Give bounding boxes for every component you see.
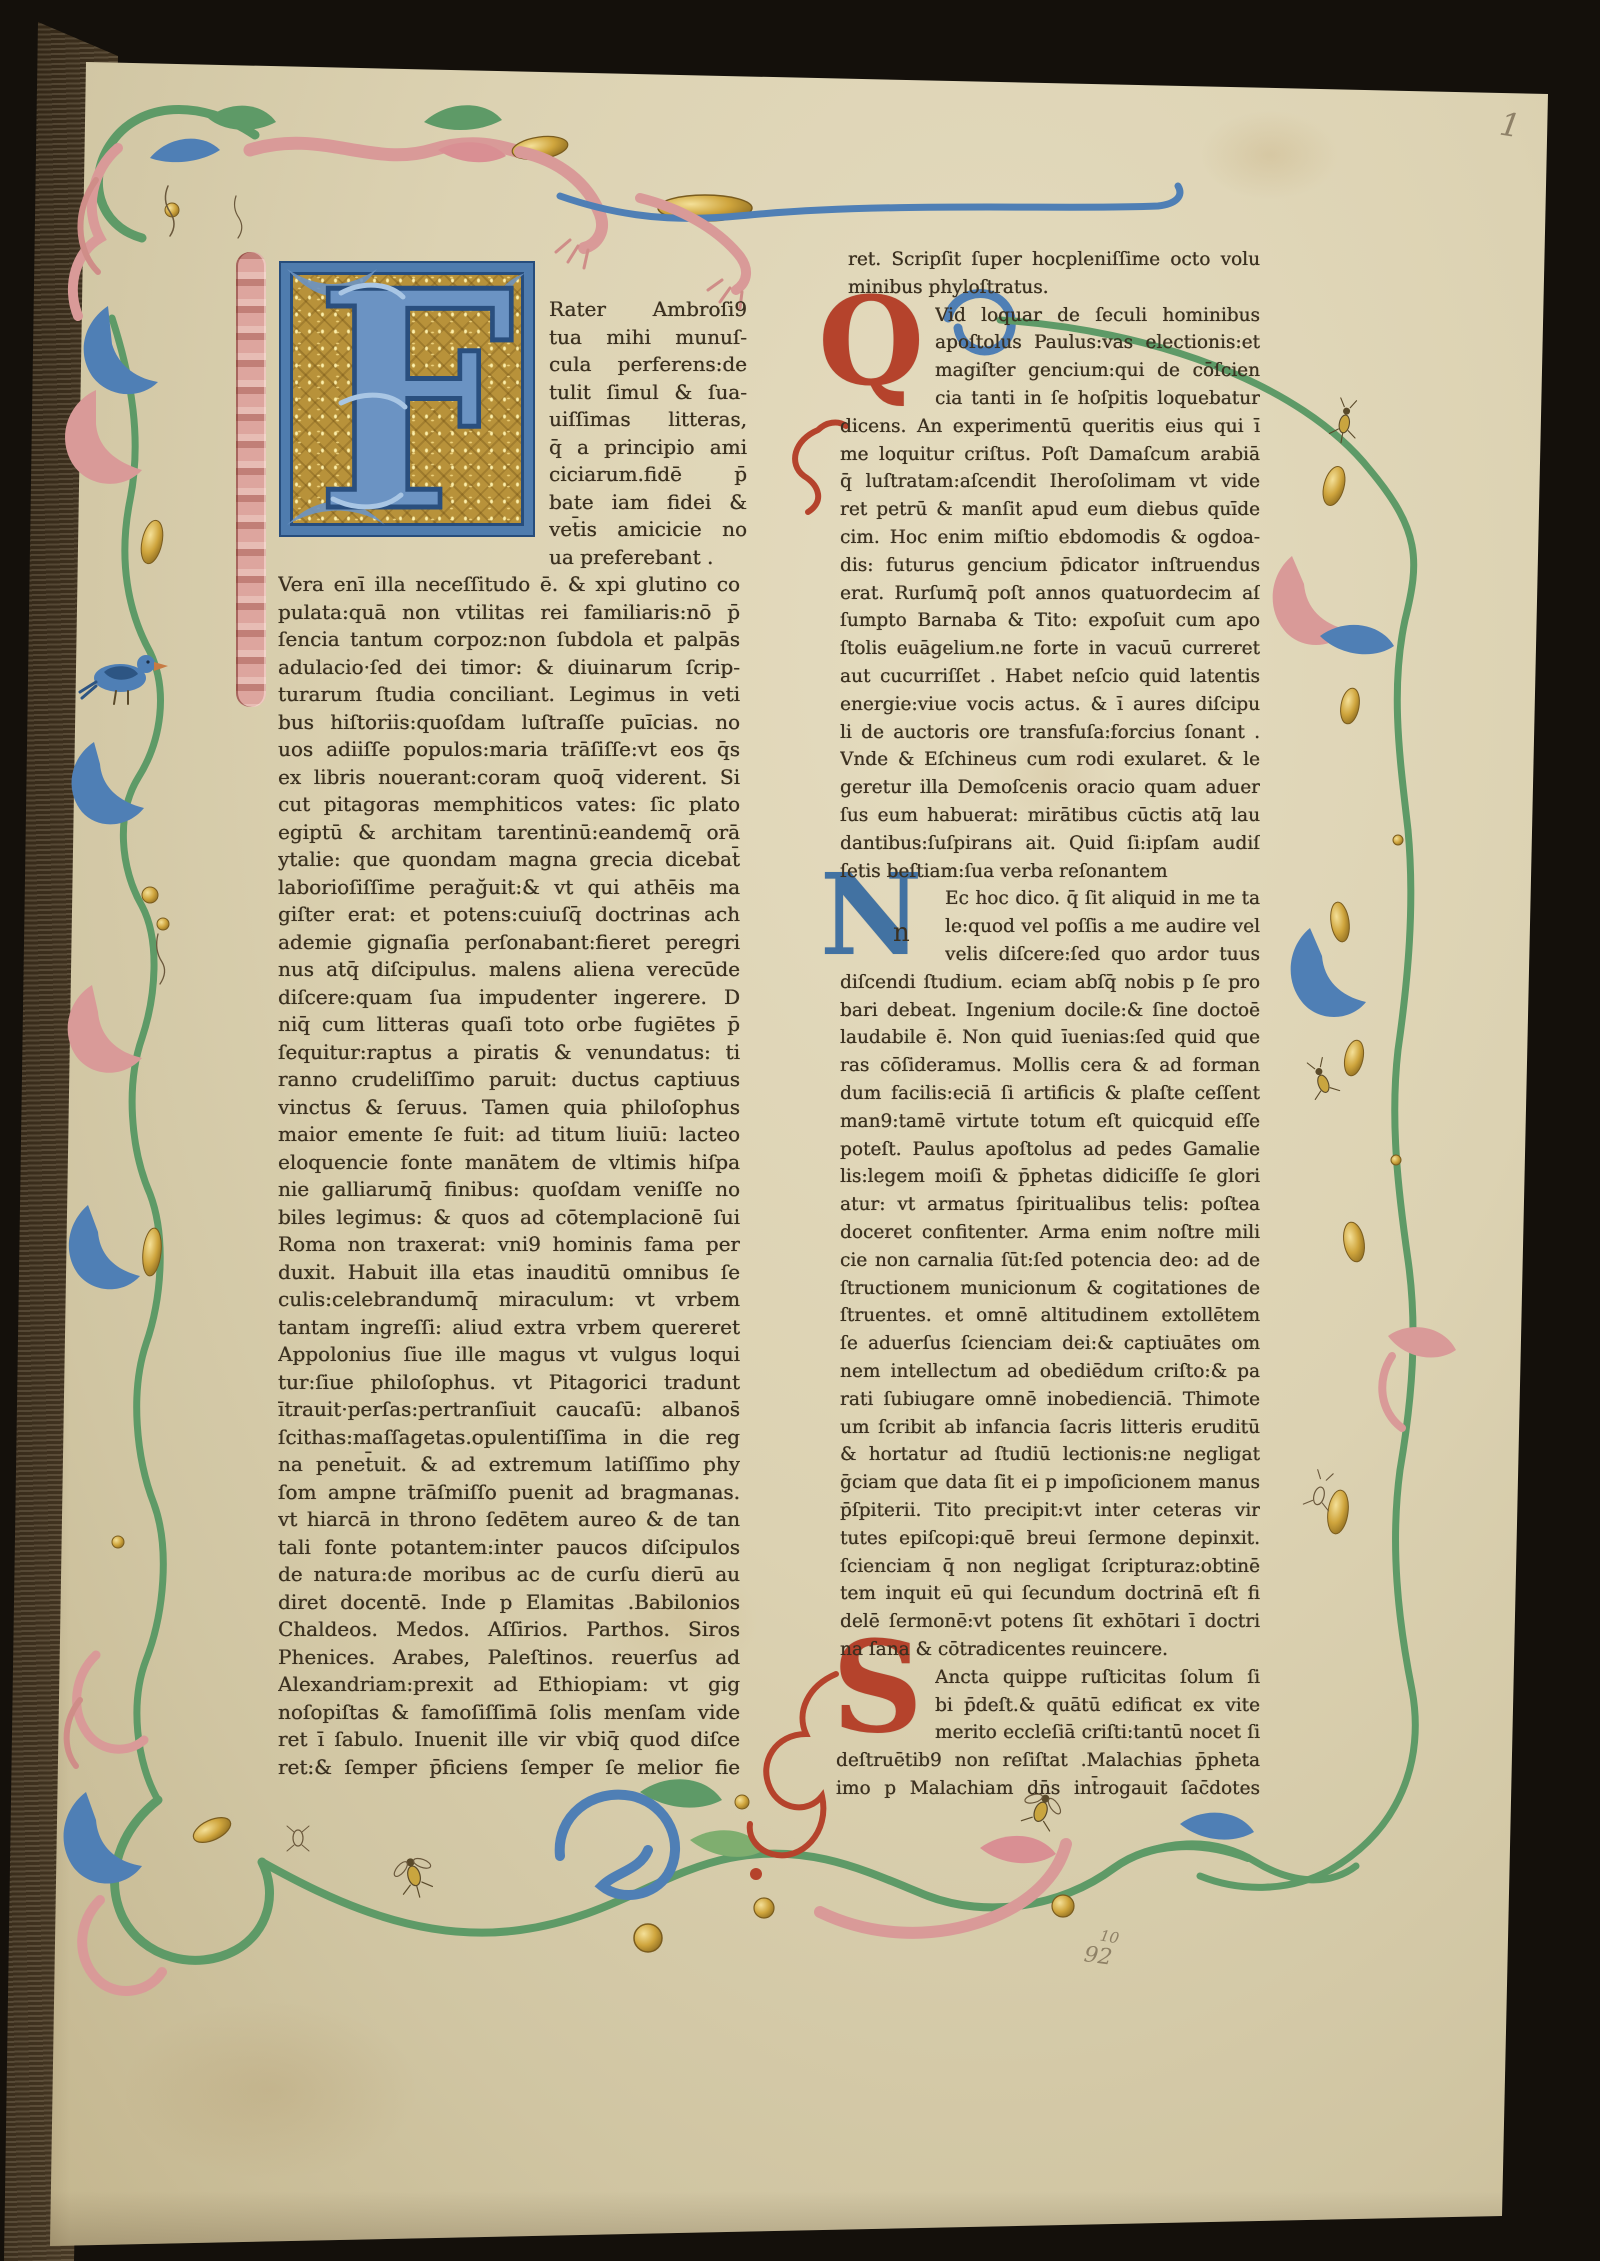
text-line: biles legimus: & quos ad cōtemplacionē ſ… bbox=[278, 1204, 740, 1231]
text-line: ret petrū & manſit apud eum diebus quīde bbox=[840, 497, 1260, 524]
text-line: diret docentē. Inde p Elamitas .Babiloni… bbox=[278, 1589, 740, 1616]
text-line: Roma non traxerat: vni9 hominis fama per bbox=[278, 1231, 740, 1258]
text-line: aut cucurriſſet . Habet neſcio quid late… bbox=[840, 664, 1260, 691]
text-line: Appolonius ſiue ille magus vt vulgus loq… bbox=[278, 1341, 740, 1368]
text-line: doceret confitenter. Arma enim noſtre mi… bbox=[840, 1220, 1260, 1247]
text-line: cut pitagoras memphiticos vates: ſic pla… bbox=[278, 791, 740, 818]
drop-cap-block: F bbox=[281, 263, 533, 535]
text-line: & hortatur ad ſtudiū lectionis:ne neglig… bbox=[840, 1442, 1260, 1469]
text-line: Alexandriam:prexit ad Ethiopiam: vt gig bbox=[278, 1671, 740, 1698]
text-line: bate iam fidei & bbox=[549, 489, 747, 516]
text-line: duxit. Habuit illa etas inauditū omnibus… bbox=[278, 1259, 740, 1286]
text-line: ſcithas:maſſagetas.opulentiſſima in die … bbox=[278, 1424, 740, 1451]
text-line: ſom ampne trāſmiſſo puenit ad bragmanas. bbox=[278, 1479, 740, 1506]
pencil-mark: 92 bbox=[1082, 1942, 1113, 1971]
text-line: tur:ſiue philoſophus. vt Pitagorici trad… bbox=[278, 1369, 740, 1396]
text-line: Vid loquar de ſeculi hominibus cum bbox=[935, 303, 1260, 330]
parchment-stain bbox=[1200, 110, 1340, 200]
text-line: bus hiſtoriis:quoſdam luſtraſſe puīcias.… bbox=[278, 709, 740, 736]
text-line: na ſana & cōtradicentes reuincere. bbox=[840, 1637, 1260, 1664]
text-line: dicens. An experimentū queritis eius qui… bbox=[840, 414, 1260, 441]
text-line: ſumpto Barnaba & Tito: expoſuit cum apo bbox=[840, 608, 1260, 635]
text-line: uos adiiſſe populos:maria trāſiſſe:vt eo… bbox=[278, 736, 740, 763]
manuscript-photo: F Q N n S Rater Ambroſi9tua mihi munuſ-c… bbox=[0, 0, 1600, 2261]
text-line: ex libris nouerant:coram quoq̄ viderent.… bbox=[278, 764, 740, 791]
text-line: bi p̄deſt.& quātū edificat ex vite bbox=[935, 1693, 1260, 1720]
text-line: tutes epiſcopi:quē breui ſermone depinxi… bbox=[840, 1526, 1260, 1553]
text-line: ciciarum.fidē p̄ bbox=[549, 461, 747, 488]
text-line: vet̄is amicicie no bbox=[549, 516, 747, 543]
text-line: ſtolis euāgelium.ne forte in vacuū curre… bbox=[840, 636, 1260, 663]
text-line: uiſſimas litteras, bbox=[549, 406, 747, 433]
text-line: cim. Hoc enim miſtio ebdomodis & ogdoa- bbox=[840, 525, 1260, 552]
text-line: lis:legem moiſi & p̄phetas didiciſſe ſe … bbox=[840, 1164, 1260, 1191]
text-line: ſencia tantum corpoz:non ſubdola et palp… bbox=[278, 626, 740, 653]
text-line: pulata:quā non vtilitas rei familiaris:n… bbox=[278, 599, 740, 626]
pink-acanthus-bar bbox=[236, 252, 266, 707]
text-line: Chaldeos. Medos. Aſſirios. Parthos. Siro… bbox=[278, 1616, 740, 1643]
text-line: ytalie: que quondam magna grecia dicebat… bbox=[278, 846, 740, 873]
text-line: cia tanti in ſe hoſpitis loquebatur bbox=[935, 386, 1260, 413]
text-line: bari debeat. Ingenium docile:& ſine doct… bbox=[840, 998, 1260, 1025]
text-line: magiſter gencium:qui de cōſcien bbox=[935, 358, 1260, 385]
text-line: deſtruētib9 non reſiſtat .Malachias p̄ph… bbox=[836, 1748, 1260, 1775]
text-line: diſcendi ſtudium. eciam abſq̄ nobis p ſe… bbox=[840, 970, 1260, 997]
text-line: geretur illa Demoſcenis oracio quam adue… bbox=[840, 775, 1260, 802]
text-line: eloquencie fonte manātem de vltimis hiſp… bbox=[278, 1149, 740, 1176]
text-line: ua preferebant . bbox=[549, 544, 747, 571]
text-line: tali fonte potantem:inter paucos diſcipu… bbox=[278, 1534, 740, 1561]
text-line: nus atq̄ diſcipulus. malens aliena verec… bbox=[278, 956, 740, 983]
text-line: ret:& ſemper p̄ficiens ſemper ſe melior … bbox=[278, 1754, 740, 1781]
text-line: ret ī ſabulo. Inuenit ille vir vbiq̄ quo… bbox=[278, 1726, 740, 1753]
text-line: minibus phyloſtratus. bbox=[848, 275, 1260, 302]
text-line: giſter erat: et potens:cuiuſq̄ doctrinas… bbox=[278, 901, 740, 928]
text-line: ḡciam que data ſit ei p impoſicionem man… bbox=[840, 1470, 1260, 1497]
text-line: Vera enī illa neceſſitudo ē. & xpi gluti… bbox=[278, 571, 740, 598]
text-line: vinctus & ſeruus. Tamen quia philoſophus bbox=[278, 1094, 740, 1121]
text-line: ret. Scripſit ſuper hocpleniſſime octo v… bbox=[848, 247, 1260, 274]
text-line: tulit ſimul & ſua- bbox=[549, 379, 747, 406]
text-line: na penet̄uit. & ad extremum latiſſimo ph… bbox=[278, 1451, 740, 1478]
initial-N-guide-letter: n bbox=[893, 918, 910, 948]
text-line: delē ſermonē:vt potens ſit exhōtari ī do… bbox=[840, 1609, 1260, 1636]
text-line: le:quod vel poſſis a me audire vel bbox=[945, 914, 1260, 941]
text-line: velis diſcere:ſed quo ardor tuus et bbox=[945, 942, 1260, 969]
text-line: energie:viue vocis actus. & ī aures diſc… bbox=[840, 692, 1260, 719]
text-line: noſopiſtas & famoſiſſimā ſolis menſam vi… bbox=[278, 1699, 740, 1726]
text-line: tem inquit eū qui ſecundum doctrinā eſt … bbox=[840, 1581, 1260, 1608]
text-line: merito eccleſiā criſti:tantū nocet ſi bbox=[935, 1720, 1260, 1747]
text-line: ſtruentes. et omnē altitudinem extollēte… bbox=[840, 1303, 1260, 1330]
text-line: niq̄ cum litteras quaſi toto orbe fugiēt… bbox=[278, 1011, 740, 1038]
text-line: ademie gignaſia perſonabant:fieret pereg… bbox=[278, 929, 740, 956]
text-line: ſtructionem municionum & cogitationes de bbox=[840, 1276, 1260, 1303]
text-line: adulacio·ſed dei timor: & diuinarum ſcri… bbox=[278, 654, 740, 681]
parchment-stain bbox=[120, 2000, 420, 2180]
text-line: turarum ſtudia conciliant. Legimus in ve… bbox=[278, 681, 740, 708]
text-line: atur: vt armatus ſpiritualibus telis: po… bbox=[840, 1192, 1260, 1219]
text-line: man9:tamē virtute totum eſt quicquid eſſ… bbox=[840, 1109, 1260, 1136]
text-line: ſe aduerſus ſcienciam dei:& captiuātes o… bbox=[840, 1331, 1260, 1358]
text-line: erat. Rurſumq̄ poſt annos quatuordecim a… bbox=[840, 581, 1260, 608]
text-line: diſcere:quam ſua impudenter ingerere. D bbox=[278, 984, 740, 1011]
text-line: p̄ſpiterii. Tito precipit:vt inter ceter… bbox=[840, 1498, 1260, 1525]
initial-Q: Q bbox=[818, 294, 924, 389]
text-line: maior emente ſe fuit: ad titum liuiū: la… bbox=[278, 1121, 740, 1148]
text-line: Phenices. Arabes, Paleſtinos. reuerſus a… bbox=[278, 1644, 740, 1671]
text-line: rati ſubiugare omnē inobedienciā. Thimot… bbox=[840, 1387, 1260, 1414]
text-line: laborioſiſſime perağuit:& vt qui athēis … bbox=[278, 874, 740, 901]
text-line: imo p Malachiam dn̄s int̄rogauit ſac̄dot… bbox=[836, 1776, 1260, 1803]
text-line: nie galliarumq̄ finibus: quoſdam veniſſe… bbox=[278, 1176, 740, 1203]
text-line: culis:celebrandumq̄ miraculum: vt vrbem bbox=[278, 1286, 740, 1313]
text-line: Rater Ambroſi9 bbox=[549, 296, 747, 323]
text-line: Ec hoc dico. q̄ ſit aliquid in me ta bbox=[945, 886, 1260, 913]
text-line: poteſt. Paulus apoſtolus ad pedes Gamali… bbox=[840, 1137, 1260, 1164]
text-line: ſequitur:raptus a piratis & venundatus: … bbox=[278, 1039, 740, 1066]
text-line: vt hiarcā in throno ſedētem aureo & de t… bbox=[278, 1506, 740, 1533]
text-line: ranno crudeliſſimo paruit: ductus captiu… bbox=[278, 1066, 740, 1093]
text-line: de natura:de moribus ac de curſu dierū a… bbox=[278, 1561, 740, 1588]
text-line: Ancta quippe ruſticitas ſolum ſi bbox=[935, 1665, 1260, 1692]
text-line: tua mihi munuſ- bbox=[549, 324, 747, 351]
text-line: cula perferens:de bbox=[549, 351, 747, 378]
text-line: dum facilis:eciā ſi artificis & plaſte c… bbox=[840, 1081, 1260, 1108]
text-line: apoſtolus Paulus:vas electionis:et bbox=[935, 330, 1260, 357]
text-line: me loquitur criſtus. Poſt Damaſcum arabi… bbox=[840, 442, 1260, 469]
text-line: nem intellectum ad obediēdum criſto:& pa bbox=[840, 1359, 1260, 1386]
text-line: li de auctoris ore transfuſa:forcius ſon… bbox=[840, 720, 1260, 747]
text-line: dis: futurus gencium p̄dicator inſtruend… bbox=[840, 553, 1260, 580]
text-line: egiptū & architam tarentinū:eandemq̄ orā bbox=[278, 819, 740, 846]
text-line: ītrauit·perſas:pertranſiuit caucaſū: alb… bbox=[278, 1396, 740, 1423]
text-line: q̄ a principio ami bbox=[549, 434, 747, 461]
text-line: um ſcribit ab infancia ſacris litteris e… bbox=[840, 1415, 1260, 1442]
text-line: Vnde & Eſchineus cum rodi exularet. & le bbox=[840, 747, 1260, 774]
text-line: ſus eum habuerat: mirātibus cūctis atq̄ … bbox=[840, 803, 1260, 830]
text-line: ras cōſideramus. Mollis cera & ad forman bbox=[840, 1053, 1260, 1080]
text-line: ſcienciam q̄ non negligat ſcripturaz:obt… bbox=[840, 1554, 1260, 1581]
text-line: q̄ luſtratam:aſcendit Iheroſolimam vt vi… bbox=[840, 469, 1260, 496]
text-line: cie non carnalia ſūt:ſed potencia deo: a… bbox=[840, 1248, 1260, 1275]
text-line: laudabile ē. Non quid īuenias:ſed quid q… bbox=[840, 1025, 1260, 1052]
text-line: dantibus:ſuſpirans ait. Quid ſi:ipſam au… bbox=[840, 831, 1260, 858]
text-line: ſetis beſtiam:ſua verba reſonantem bbox=[840, 859, 1260, 886]
text-line: tantam ingreſſi: aliud extra vrbem quere… bbox=[278, 1314, 740, 1341]
